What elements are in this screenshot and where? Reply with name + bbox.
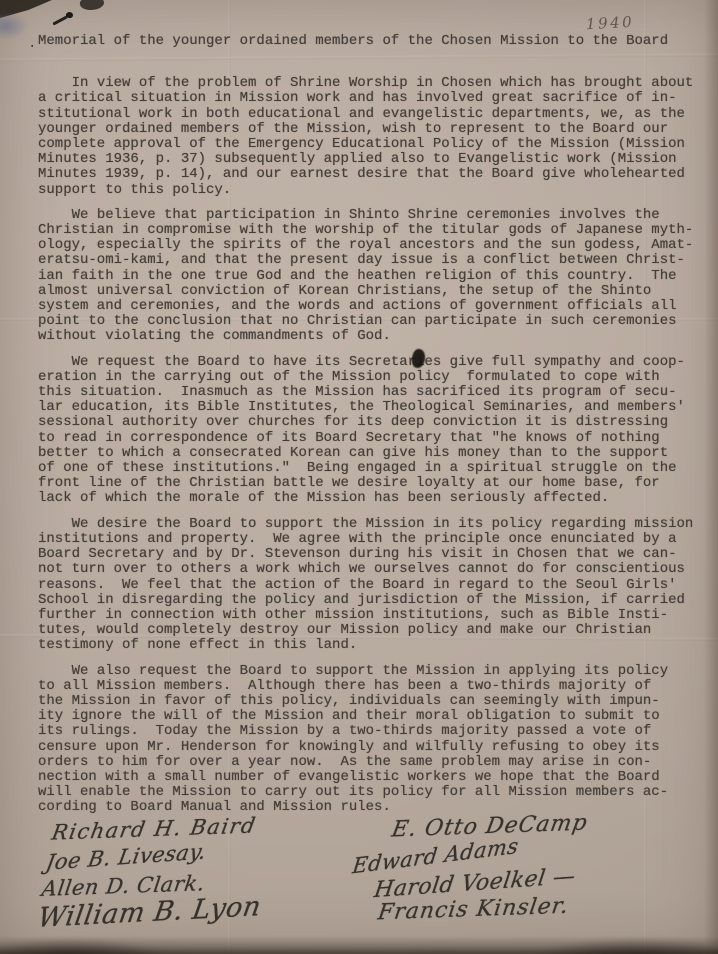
paragraph-request-secretaries: We request the Board to have its Secreta… bbox=[38, 355, 706, 507]
page-edge-shadow bbox=[704, 0, 718, 954]
blue-ink-smudge bbox=[0, 12, 28, 40]
page-bottom-corner-shadow bbox=[528, 938, 718, 954]
pen-stroke bbox=[52, 15, 67, 25]
scanned-document-page: 1940 . Memorial of the younger ordained … bbox=[0, 0, 718, 954]
top-edge-tear bbox=[79, 0, 105, 12]
signature-joe-b-livesay: Joe B. Livesay. bbox=[44, 839, 208, 875]
pen-check-mark bbox=[52, 11, 74, 27]
handwritten-year: 1940 bbox=[586, 13, 635, 33]
paragraph-applying-policy: We also request the Board to support the… bbox=[38, 664, 706, 816]
paragraph-approval-of-policy: In view of the problem of Shrine Worship… bbox=[38, 76, 706, 198]
signature-francis-kinsler: Francis Kinsler. bbox=[376, 894, 570, 926]
stray-typed-mark: . bbox=[28, 36, 36, 52]
page-bottom-corner-shadow bbox=[0, 938, 170, 954]
document-title: Memorial of the younger ordained members… bbox=[38, 34, 706, 49]
paragraph-shinto-ceremonies: We believe that participation in Shinto … bbox=[38, 208, 706, 345]
typewritten-text-block: Memorial of the younger ordained members… bbox=[38, 34, 706, 826]
paragraph-institutions-property: We desire the Board to support the Missi… bbox=[38, 517, 706, 654]
